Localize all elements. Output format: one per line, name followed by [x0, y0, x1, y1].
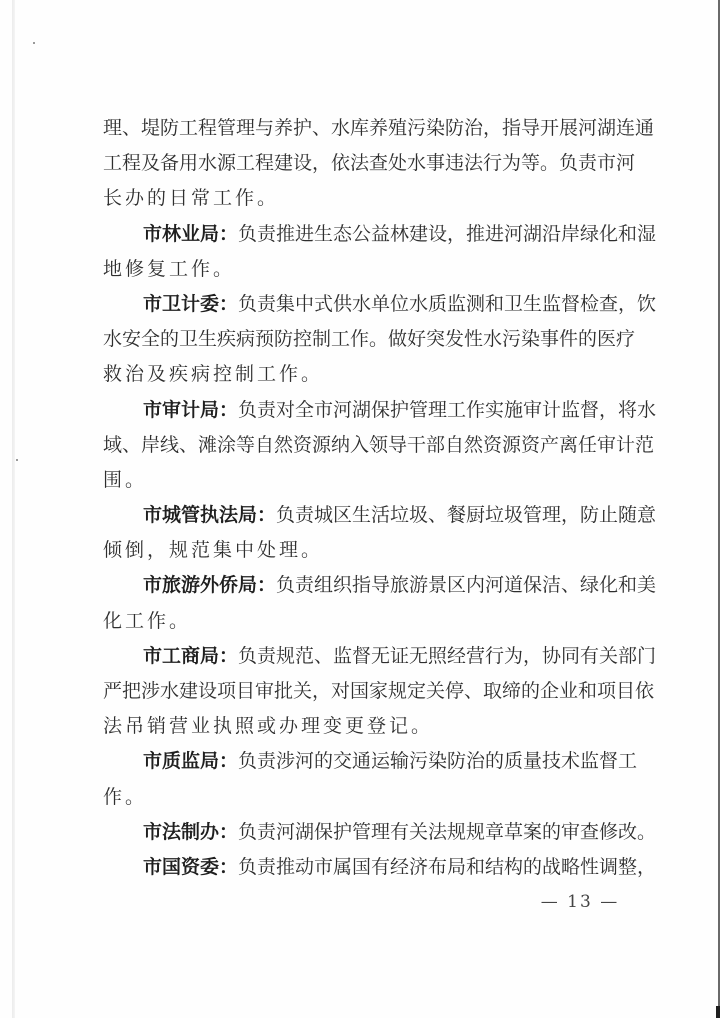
- paragraph-text: 负责河湖保护管理有关法规规章草案的审查修改。: [238, 821, 656, 843]
- document-body: 理、堤防工程管理与养护、水库养殖污染防治，指导开展河湖连通 工程及备用水源工程建…: [103, 116, 631, 890]
- department-name: 市法制办：: [143, 821, 238, 843]
- text-line: 水安全的卫生疾病预防控制工作。做好突发性水污染事件的医疗: [103, 327, 631, 362]
- paragraph-urban-management-bureau: 市城管执法局：负责城区生活垃圾、餐厨垃圾管理，防止随意: [103, 503, 631, 538]
- department-name: 市城管执法局：: [143, 504, 276, 526]
- paragraph-text: 负责规范、监督无证无照经营行为，协同有关部门: [238, 645, 656, 667]
- paragraph-text: 负责城区生活垃圾、餐厨垃圾管理，防止随意: [276, 504, 656, 526]
- scan-corner-mark: [716, 1006, 720, 1018]
- department-name: 市质监局：: [143, 750, 238, 772]
- text-line: 法吊销营业执照或办理变更登记。: [103, 714, 631, 749]
- paragraph-audit-bureau: 市审计局：负责对全市河湖保护管理工作实施审计监督，将水: [103, 398, 631, 433]
- text-line: 理、堤防工程管理与养护、水库养殖污染防治，指导开展河湖连通: [103, 116, 631, 151]
- department-name: 市林业局：: [143, 223, 238, 245]
- text-line: 化工作。: [103, 609, 631, 644]
- paragraph-forestry-bureau: 市林业局：负责推进生态公益林建设，推进河湖沿岸绿化和湿: [103, 222, 631, 257]
- paragraph-text: 负责推动市属国有经济布局和结构的战略性调整，: [238, 856, 656, 878]
- text-line: 域、岸线、滩涂等自然资源纳入领导干部自然资源资产离任审计范: [103, 433, 631, 468]
- scanned-document-page: 理、堤防工程管理与养护、水库养殖污染防治，指导开展河湖连通 工程及备用水源工程建…: [0, 0, 720, 1018]
- text-line: 倾倒，规范集中处理。: [103, 538, 631, 573]
- text-line: 围。: [103, 468, 631, 503]
- department-name: 市旅游外侨局：: [143, 574, 276, 596]
- paragraph-state-assets-commission: 市国资委：负责推动市属国有经济布局和结构的战略性调整，: [103, 855, 631, 890]
- paragraph-industry-commerce-bureau: 市工商局：负责规范、监督无证无照经营行为，协同有关部门: [103, 644, 631, 679]
- text-line: 地修复工作。: [103, 257, 631, 292]
- department-name: 市工商局：: [143, 645, 238, 667]
- text-line: 工程及备用水源工程建设，依法查处水事违法行为等。负责市河: [103, 151, 631, 186]
- paragraph-health-commission: 市卫计委：负责集中式供水单位水质监测和卫生监督检查，饮: [103, 292, 631, 327]
- scan-speck: [33, 42, 35, 44]
- paragraph-text: 负责组织指导旅游景区内河道保洁、绿化和美: [276, 574, 656, 596]
- scan-left-edge-shadow: [12, 0, 15, 1018]
- scan-speck: [16, 459, 18, 461]
- text-line: 救治及疾病控制工作。: [103, 362, 631, 397]
- paragraph-tourism-bureau: 市旅游外侨局：负责组织指导旅游景区内河道保洁、绿化和美: [103, 573, 631, 608]
- text-line: 长办的日常工作。: [103, 186, 631, 221]
- paragraph-text: 负责推进生态公益林建设，推进河湖沿岸绿化和湿: [238, 223, 656, 245]
- paragraph-legal-affairs-office: 市法制办：负责河湖保护管理有关法规规章草案的审查修改。: [103, 820, 631, 855]
- department-name: 市审计局：: [143, 399, 238, 421]
- paragraph-text: 负责集中式供水单位水质监测和卫生监督检查，饮: [238, 293, 656, 315]
- paragraph-text: 负责涉河的交通运输污染防治的质量技术监督工: [238, 750, 637, 772]
- department-name: 市卫计委：: [143, 293, 238, 315]
- text-line: 作。: [103, 785, 631, 820]
- paragraph-quality-supervision-bureau: 市质监局：负责涉河的交通运输污染防治的质量技术监督工: [103, 749, 631, 784]
- paragraph-text: 负责对全市河湖保护管理工作实施审计监督，将水: [238, 399, 656, 421]
- department-name: 市国资委：: [143, 856, 238, 878]
- page-number: — 13 —: [540, 892, 620, 912]
- text-line: 严把涉水建设项目审批关，对国家规定关停、取缔的企业和项目依: [103, 679, 631, 714]
